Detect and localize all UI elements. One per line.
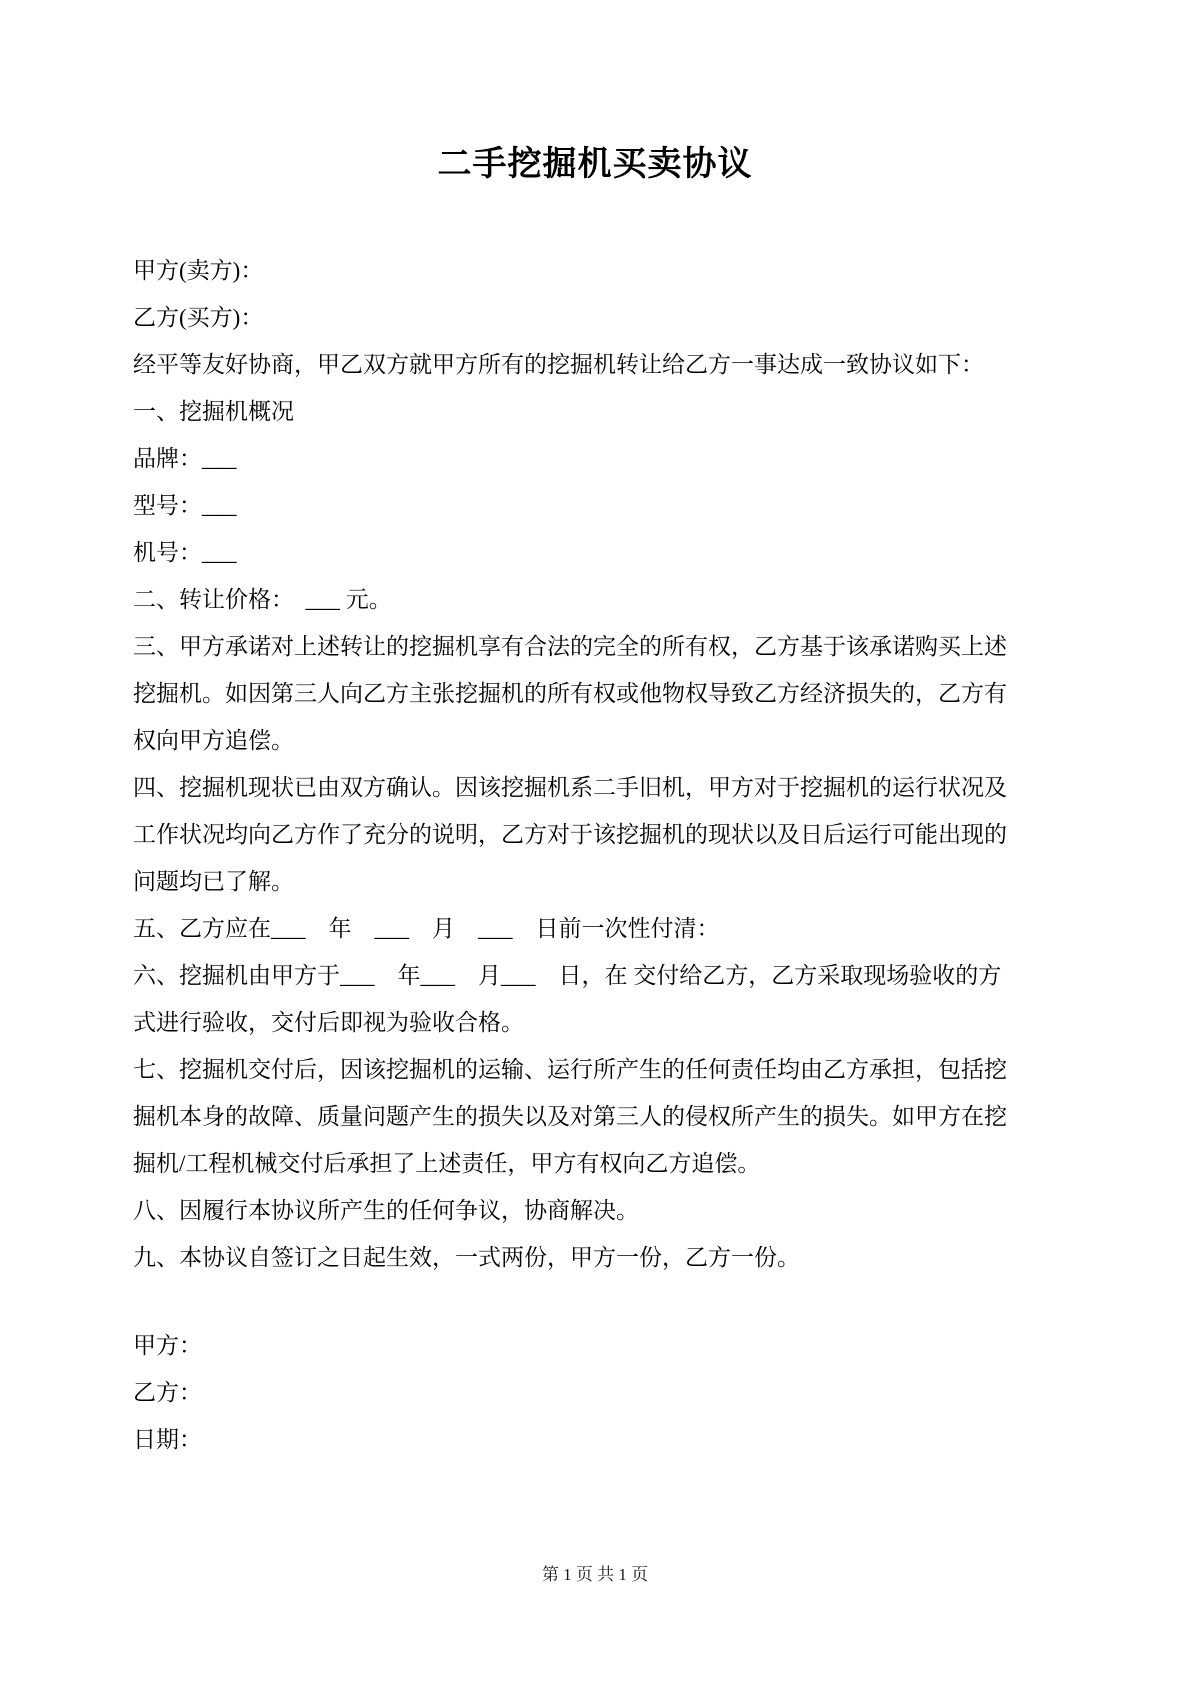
- line-party-b-buyer: 乙方(买方)：: [133, 294, 1073, 341]
- signature-date: 日期：: [133, 1416, 733, 1463]
- signature-party-b: 乙方：: [133, 1369, 733, 1416]
- document-body: 甲方(卖方)： 乙方(买方)： 经平等友好协商，甲乙双方就甲方所有的挖掘机转让给…: [133, 247, 1073, 1281]
- line-brand-blank: 品牌：___: [133, 435, 1073, 482]
- document-page: 二手挖掘机买卖协议 甲方(卖方)： 乙方(买方)： 经平等友好协商，甲乙双方就甲…: [0, 0, 1190, 1683]
- signature-party-a: 甲方：: [133, 1322, 733, 1369]
- line-clause-5-payment-date: 五、乙方应在___ 年 ___ 月 ___ 日前一次性付清：: [133, 905, 1073, 952]
- line-clause-7-b: 掘机本身的故障、质量问题产生的损失以及对第三人的侵权所产生的损失。如甲方在挖: [133, 1093, 1073, 1140]
- line-clause-3-c: 权向甲方追偿。: [133, 717, 1073, 764]
- line-clause-2-price: 二、转让价格： ___ 元。: [133, 576, 1073, 623]
- line-clause-9-effectiveness: 九、本协议自签订之日起生效，一式两份，甲方一份，乙方一份。: [133, 1234, 1073, 1281]
- line-clause-4-c: 问题均已了解。: [133, 858, 1073, 905]
- line-model-blank: 型号：___: [133, 482, 1073, 529]
- line-clause-6-a: 六、挖掘机由甲方于___ 年___ 月___ 日，在 交付给乙方，乙方采取现场验…: [133, 952, 1073, 999]
- line-clause-7-a: 七、挖掘机交付后，因该挖掘机的运输、运行所产生的任何责任均由乙方承担，包括挖: [133, 1046, 1073, 1093]
- line-clause-3-a: 三、甲方承诺对上述转让的挖掘机享有合法的完全的所有权，乙方基于该承诺购买上述: [133, 623, 1073, 670]
- document-title: 二手挖掘机买卖协议: [0, 136, 1190, 185]
- line-clause-1-heading: 一、挖掘机概况: [133, 388, 1073, 435]
- signature-block: 甲方： 乙方： 日期：: [133, 1322, 733, 1463]
- line-party-a-seller: 甲方(卖方)：: [133, 247, 1073, 294]
- page-number-footer: 第 1 页 共 1 页: [0, 1560, 1190, 1585]
- line-clause-3-b: 挖掘机。如因第三人向乙方主张挖掘机的所有权或他物权导致乙方经济损失的，乙方有: [133, 670, 1073, 717]
- line-clause-6-b: 式进行验收，交付后即视为验收合格。: [133, 999, 1073, 1046]
- line-serial-blank: 机号：___: [133, 529, 1073, 576]
- line-clause-4-a: 四、挖掘机现状已由双方确认。因该挖掘机系二手旧机，甲方对于挖掘机的运行状况及: [133, 764, 1073, 811]
- line-clause-7-c: 掘机/工程机械交付后承担了上述责任，甲方有权向乙方追偿。: [133, 1140, 1073, 1187]
- line-preamble: 经平等友好协商，甲乙双方就甲方所有的挖掘机转让给乙方一事达成一致协议如下：: [133, 341, 1073, 388]
- line-clause-4-b: 工作状况均向乙方作了充分的说明，乙方对于该挖掘机的现状以及日后运行可能出现的: [133, 811, 1073, 858]
- line-clause-8-disputes: 八、因履行本协议所产生的任何争议，协商解决。: [133, 1187, 1073, 1234]
